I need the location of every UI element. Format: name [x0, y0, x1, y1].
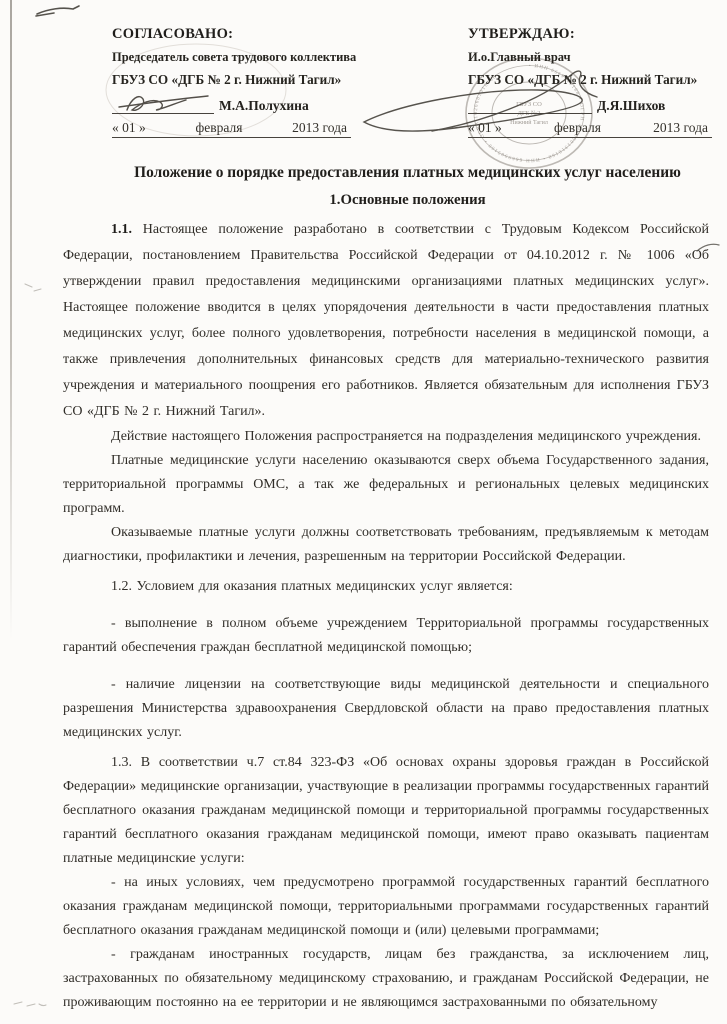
approval-block-approved: УТВЕРЖДАЮ: И.о.Главный врач ГБУЗ СО «ДГБ… [468, 26, 718, 138]
paragraph: - наличие лицензии на соответствующие ви… [63, 673, 709, 745]
agreed-heading: СОГЛАСОВАНО: [112, 26, 362, 43]
approval-block-agreed: СОГЛАСОВАНО: Председатель совета трудово… [112, 26, 362, 138]
margin-mark-left [25, 284, 41, 291]
pen-scribble-top-left [36, 6, 79, 16]
approved-role: И.о.Главный врач [468, 50, 718, 65]
approved-signee-name: Д.Я.Шихов [597, 98, 665, 114]
approved-date-year: 2013 года [653, 120, 708, 136]
agreed-org: ГБУЗ СО «ДГБ № 2 г. Нижний Тагил» [112, 72, 362, 88]
approved-org: ГБУЗ СО «ДГБ № 2 г. Нижний Тагил» [468, 72, 718, 88]
agreed-date-year: 2013 года [292, 120, 347, 136]
approved-date-day: « 01 » [468, 120, 502, 136]
agreed-signature-row: М.А.Полухина [112, 89, 362, 114]
margin-mark-bottom-left [14, 1002, 46, 1006]
agreed-date-row: « 01 » февраля 2013 года [112, 120, 351, 138]
agreed-signee-name: М.А.Полухина [219, 98, 309, 114]
approved-signature-row: Д.Я.Шихов [468, 89, 718, 114]
agreed-date-day: « 01 » [112, 120, 146, 136]
agreed-date-month: февраля [196, 120, 243, 136]
signature-blank-line [468, 88, 592, 114]
paragraph: - гражданам иностранных государств, лица… [63, 943, 709, 1015]
paragraph: Оказываемые платные услуги должны соотве… [63, 521, 709, 569]
signature-blank-line [112, 88, 214, 114]
document-paragraphs: 1.1. Настоящее положение разработано в с… [63, 217, 709, 1015]
approved-date-row: « 01 » февраля 2013 года [468, 120, 712, 138]
paragraph: Действие настоящего Положения распростра… [63, 425, 709, 449]
paragraph: Платные медицинские услуги населению ока… [63, 449, 709, 521]
paragraph: 1.3. В соответствии ч.7 ст.84 323-ФЗ «Об… [63, 751, 709, 871]
paragraph: 1.1. Настоящее положение разработано в с… [63, 217, 709, 425]
scanned-document-page: { "colors": { "paper": "#fcfbf9", "ink":… [0, 0, 727, 1024]
paragraph: - на иных условиях, чем предусмотрено пр… [63, 871, 709, 943]
approved-date-month: февраля [554, 120, 601, 136]
scan-edge-line [10, 0, 12, 640]
agreed-role: Председатель совета трудового коллектива [112, 50, 362, 65]
document-title: Положение о порядке предоставления платн… [63, 164, 708, 182]
section-heading: 1.Основные положения [63, 192, 708, 209]
paragraph: 1.2. Условием для оказания платных медиц… [63, 575, 709, 599]
paragraph: - выполнение в полном объеме учреждением… [63, 612, 709, 660]
approved-heading: УТВЕРЖДАЮ: [468, 26, 718, 43]
